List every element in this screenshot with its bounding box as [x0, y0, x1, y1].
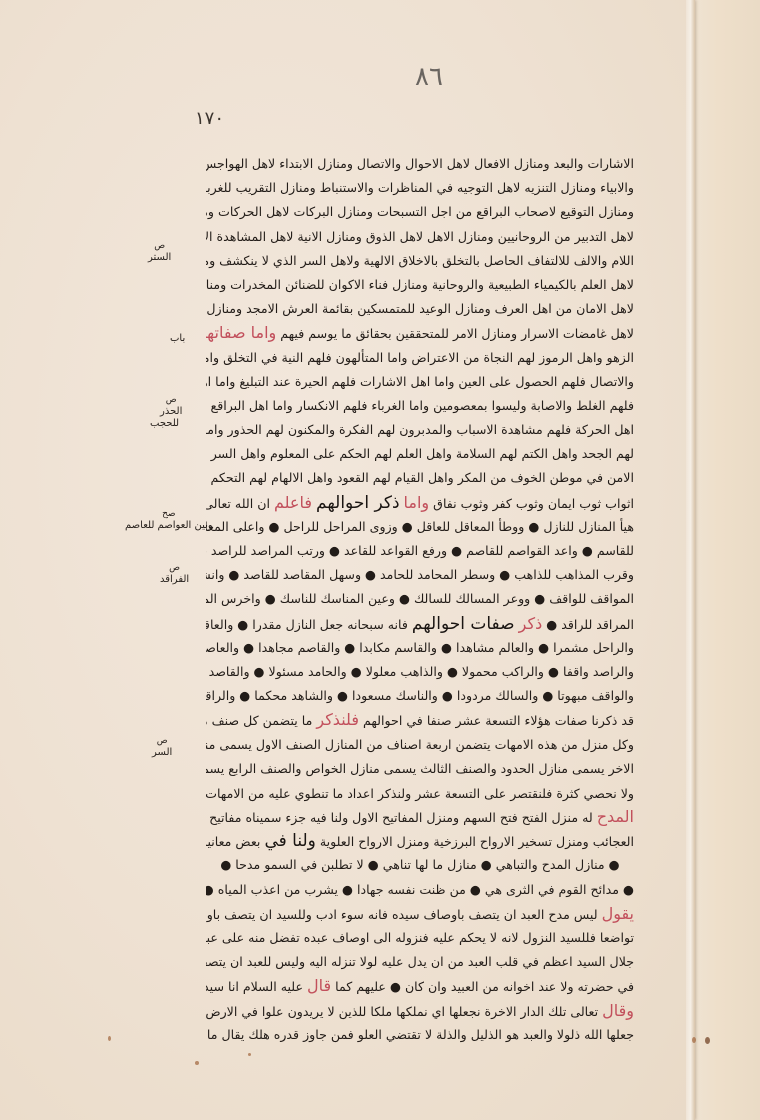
line-text: المراقد للراقد ● — [546, 617, 634, 632]
text-line: يقول ليس مدح العبد ان يتصف باوصاف سيده ف… — [206, 902, 634, 926]
margin-sigla: ص — [160, 394, 182, 406]
margin-note: صالسر — [152, 735, 172, 759]
line-text: والواقف مبهوتا ● والسالك مردودا ● والناس… — [206, 688, 634, 703]
line-text: تواضعا فللسيد النزول لانه لا يحكم عليه ف… — [206, 930, 634, 945]
rubric-word: فاعلم — [274, 493, 312, 512]
rubric-word: المدح — [597, 807, 634, 826]
line-text: قد ذكرنا صفات هؤلاء التسعة عشر صنفا في ا… — [363, 713, 634, 728]
text-line: المراقد للراقد ● ذكر صفات احوالهم فانه س… — [206, 612, 634, 636]
text-line: والاتصال فلهم الحصول على العين واما اهل … — [206, 370, 634, 394]
margin-note: صالستر — [148, 240, 171, 264]
rubric-word: واما صفاتهم — [206, 323, 276, 342]
margin-note-text: وبين العواصم للعاصم — [125, 520, 213, 531]
margin-note: للحجب — [150, 418, 179, 430]
text-line: لاهل الامان من اهل العرف ومنازل الوعيد ل… — [206, 297, 634, 321]
text-line: للقاسم ● واعد القواصم للقاصم ● ورفع القو… — [206, 539, 634, 563]
text-line: هيأ المنازل للنازل ● ووطأ المعاقل للعاقل… — [206, 515, 634, 539]
text-line: جلال السيد اعظم في قلب العبد من ان يدل ع… — [206, 950, 634, 974]
margin-note: باب — [170, 333, 185, 345]
margin-sigla: ص — [160, 562, 189, 574]
main-text-block: الاشارات والبعد ومنازل الافعال لاهل الاح… — [206, 152, 634, 1047]
text-line: الاشارات والبعد ومنازل الافعال لاهل الاح… — [206, 152, 634, 176]
line-text: فانه سبحانه جعل النازل مقدرا ● والعاقل م… — [206, 617, 408, 632]
line-text: له منزل الفتح فتح السهم ومنزل المفاتيح ا… — [206, 810, 593, 825]
line-text: ومنازل التوقيع لاصحاب البراقع من اجل الت… — [206, 204, 634, 219]
page-edge — [686, 0, 695, 1120]
text-line: اللام والالف للالتفاف الحاصل بالتخلق بال… — [206, 249, 634, 273]
line-text: لاهل الامان من اهل العرف ومنازل الوعيد ل… — [206, 301, 634, 316]
line-text: الاشارات والبعد ومنازل الافعال لاهل الاح… — [206, 156, 634, 171]
text-line: الزهو واهل الرموز لهم النجاة من الاعتراض… — [206, 346, 634, 370]
line-text: لاهل التدبير من الروحانيين ومنازل الاهل … — [206, 229, 634, 244]
line-text: ● منازل المدح والتباهي ● منازل ما لها تن… — [220, 857, 619, 872]
line-text: ما يتضمن كل صنف من امهات المنازل — [206, 713, 312, 728]
line-text: والراصد واقفا ● والراكب محمولا ● والذاهب… — [206, 664, 634, 679]
line-text: ان الله تعالى قد — [206, 496, 270, 511]
margin-note-text: الستر — [148, 252, 171, 263]
line-text: بعض معانيه من النظم قولنا — [206, 834, 260, 849]
line-text: فلهم الغلط والاصابة وليسوا بمعصومين واما… — [206, 398, 634, 413]
text-line: المواقف للواقف ● ووعر المسالك للسالك ● و… — [206, 587, 634, 611]
margin-note-text: باب — [170, 333, 185, 344]
line-text: الاخر يسمى منازل الحدود والصنف الثالث يس… — [206, 761, 634, 776]
margin-sigla: صح — [125, 508, 213, 520]
text-line: وقال تعالى تلك الدار الاخرة نجعلها اي نم… — [206, 999, 634, 1023]
line-text: وقرب المذاهب للذاهب ● وسطر المحامد للحام… — [206, 567, 634, 582]
line-text: والابياء ومنازل التنزيه لاهل التوجيه في … — [206, 180, 634, 195]
line-text: الزهو واهل الرموز لهم النجاة من الاعتراض… — [206, 350, 634, 365]
margin-note: صالحذر — [160, 394, 182, 418]
manuscript-page: ٨٦ ١٧٠ الاشارات والبعد ومنازل الافعال لا… — [0, 0, 694, 1120]
margin-note-text: الحذر — [160, 406, 182, 417]
line-text: والراحل مشمرا ● والعالم مشاهدا ● والقاسم… — [206, 640, 634, 655]
foxing-spot — [108, 1036, 111, 1041]
margin-note-text: الفراقد — [160, 574, 189, 585]
line-text: لهم الجحد واهل الكتم لهم السلامة واهل ال… — [206, 446, 634, 461]
text-line: لهم الجحد واهل الكتم لهم السلامة واهل ال… — [206, 442, 634, 466]
line-text: الامن في موطن الخوف من المكر واهل القيام… — [206, 470, 634, 485]
text-line: ولا نحصي كثرة فلنقتصر على التسعة عشر ولن… — [206, 781, 634, 805]
foxing-spot — [692, 1037, 696, 1043]
text-line: والابياء ومنازل التنزيه لاهل التوجيه في … — [206, 176, 634, 200]
text-line: تواضعا فللسيد النزول لانه لا يحكم عليه ف… — [206, 926, 634, 950]
heading-word: ذكر احوالهم — [316, 493, 400, 513]
rubric-word: قال — [307, 976, 331, 995]
line-text: العجائب ومنزل تسخير الارواح البرزخية ومن… — [320, 834, 634, 849]
text-line: المدح له منزل الفتح فتح السهم ومنزل المف… — [206, 805, 634, 829]
text-line: قد ذكرنا صفات هؤلاء التسعة عشر صنفا في ا… — [206, 708, 634, 732]
heading-word: صفات احوالهم — [412, 614, 515, 634]
text-line: في حضرته ولا عند اخوانه من العبيد وان كا… — [206, 974, 634, 998]
line-text: وكل منزل من هذه الامهات يتضمن اربعة اصنا… — [206, 737, 634, 752]
text-line: الاخر يسمى منازل الحدود والصنف الثالث يس… — [206, 757, 634, 781]
margin-sigla: ص — [148, 240, 171, 252]
text-line: العجائب ومنزل تسخير الارواح البرزخية ومن… — [206, 829, 634, 853]
rubric-word: يقول — [602, 904, 634, 923]
text-line: اثواب ثوب ايمان وثوب كفر وثوب نفاق واما … — [206, 491, 634, 515]
text-line: والواقف مبهوتا ● والسالك مردودا ● والناس… — [206, 684, 634, 708]
text-line: لاهل العلم بالكيمياء الطبيعية والروحانية… — [206, 273, 634, 297]
line-text: اثواب ثوب ايمان وثوب كفر وثوب نفاق — [433, 496, 634, 511]
line-text: هيأ المنازل للنازل ● ووطأ المعاقل للعاقل… — [206, 519, 634, 534]
line-text: للقاسم ● واعد القواصم للقاصم ● ورفع القو… — [206, 543, 634, 558]
margin-note: صحوبين العواصم للعاصم — [125, 508, 213, 532]
next-page-edge — [690, 0, 760, 1120]
line-text: في حضرته ولا عند اخوانه من العبيد وان كا… — [335, 979, 634, 994]
heading-word: ولنا في — [264, 831, 315, 851]
text-line: اهل الحركة فلهم مشاهدة الاسباب والمدبرون… — [206, 418, 634, 442]
text-line: ومنازل التوقيع لاصحاب البراقع من اجل الت… — [206, 200, 634, 224]
line-text: ● مدائح القوم في الثرى هي ● من ظنت نفسه … — [206, 882, 634, 897]
line-text: جلال السيد اعظم في قلب العبد من ان يدل ع… — [206, 954, 634, 969]
line-text: عليه السلام انا سيد ولد ادم ولا فخر — [206, 979, 303, 994]
foxing-spot — [705, 1037, 710, 1044]
text-line: وقرب المذاهب للذاهب ● وسطر المحامد للحام… — [206, 563, 634, 587]
margin-note: صالفراقد — [160, 562, 189, 586]
foxing-spot — [195, 1061, 199, 1065]
line-text: اهل الحركة فلهم مشاهدة الاسباب والمدبرون… — [206, 422, 634, 437]
line-text: لاهل غامضات الاسرار ومنازل الامر للمتحقق… — [280, 326, 634, 341]
line-text: اللام والالف للالتفاف الحاصل بالتخلق بال… — [206, 253, 634, 268]
rubric-word: فلنذكر — [316, 710, 359, 729]
rubric-word: واما — [404, 493, 430, 512]
verse-line: ● مدائح القوم في الثرى هي ● من ظنت نفسه … — [206, 878, 634, 902]
folio-number: ٨٦ — [415, 62, 443, 92]
line-text: ولا نحصي كثرة فلنقتصر على التسعة عشر ولن… — [206, 786, 634, 801]
verse-line: ● منازل المدح والتباهي ● منازل ما لها تن… — [206, 853, 634, 877]
line-text: ليس مدح العبد ان يتصف باوصاف سيده فانه س… — [206, 907, 598, 922]
text-line: والراحل مشمرا ● والعالم مشاهدا ● والقاسم… — [206, 636, 634, 660]
text-line: والراصد واقفا ● والراكب محمولا ● والذاهب… — [206, 660, 634, 684]
line-text: تعالى تلك الدار الاخرة نجعلها اي نملكها … — [206, 1004, 598, 1019]
line-text: جعلها الله ذلولا والعبد هو الذليل والذلة… — [206, 1027, 634, 1042]
text-line: لاهل غامضات الاسرار ومنازل الامر للمتحقق… — [206, 321, 634, 345]
old-folio-number: ١٧٠ — [195, 108, 224, 129]
rubric-word: وقال — [602, 1001, 634, 1020]
margin-note-text: السر — [152, 747, 172, 758]
line-text: المواقف للواقف ● ووعر المسالك للسالك ● و… — [206, 591, 634, 606]
text-line: وكل منزل من هذه الامهات يتضمن اربعة اصنا… — [206, 733, 634, 757]
text-line: الامن في موطن الخوف من المكر واهل القيام… — [206, 466, 634, 490]
margin-sigla: ص — [152, 735, 172, 747]
line-text: والاتصال فلهم الحصول على العين واما اهل … — [206, 374, 634, 389]
foxing-spot — [248, 1053, 251, 1056]
line-text: لاهل العلم بالكيمياء الطبيعية والروحانية… — [206, 277, 634, 292]
text-line: فلهم الغلط والاصابة وليسوا بمعصومين واما… — [206, 394, 634, 418]
text-line: جعلها الله ذلولا والعبد هو الذليل والذلة… — [206, 1023, 634, 1047]
margin-note-text: للحجب — [150, 418, 179, 429]
text-line: لاهل التدبير من الروحانيين ومنازل الاهل … — [206, 225, 634, 249]
rubric-word: ذكر — [519, 614, 543, 633]
